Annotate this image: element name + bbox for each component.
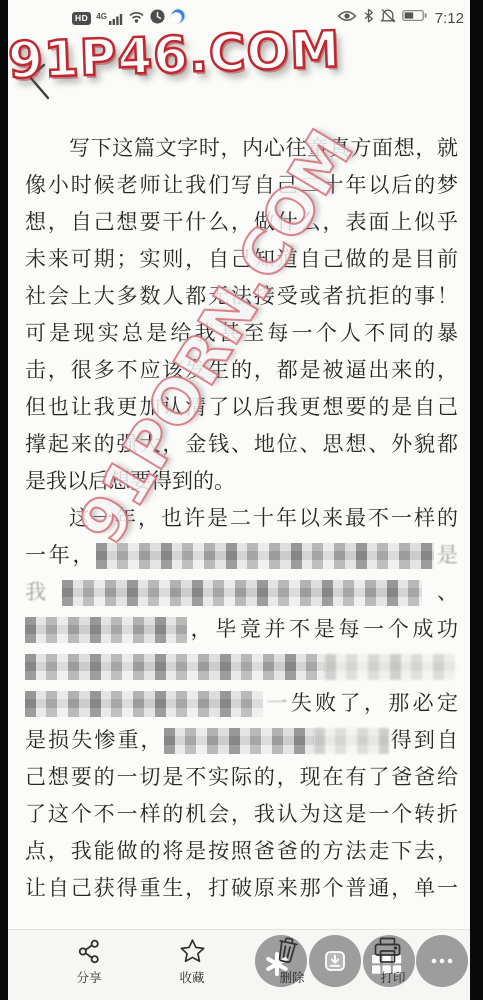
signal-4g-icon: 4G bbox=[96, 13, 123, 25]
document-body: 写下这篇文字时，内心往童真方面想，就像小时候老师让我们写自己二十年以后的梦想，自… bbox=[25, 130, 458, 907]
text-segment: 是我以后想要得到的。 bbox=[25, 470, 235, 493]
text-segment: 是损失惨重， bbox=[25, 729, 164, 752]
favorite-button[interactable]: 收藏 bbox=[162, 968, 222, 986]
network-label: 4G bbox=[96, 12, 107, 21]
text-segment: 但也让我更加认清了以后我更想要的是自己 bbox=[25, 396, 458, 419]
letterbox-left bbox=[0, 0, 8, 1000]
censored-mosaic bbox=[62, 580, 422, 606]
status-bar: HD 4G bbox=[8, 0, 470, 30]
text-line: 一年，是 bbox=[25, 537, 458, 574]
text-line: 是损失惨重，得到自 bbox=[25, 722, 458, 759]
text-line: 想，自己想要干什么，做什么，表面上似乎 bbox=[25, 204, 458, 241]
text-line: 我、 bbox=[25, 574, 458, 611]
censored-mosaic bbox=[25, 654, 325, 680]
text-segment: 、 bbox=[422, 581, 459, 604]
faint-text-segment: 我 bbox=[25, 581, 62, 604]
letterbox-right bbox=[470, 0, 483, 1000]
censored-mosaic bbox=[96, 543, 434, 569]
text-segment: 己想要的一切是不实际的，现在有了爸爸给 bbox=[25, 766, 458, 789]
text-line: 一失败了，那必定 bbox=[25, 685, 458, 722]
text-line: 点，我能做的将是按照爸爸的方法走下去， bbox=[25, 833, 458, 870]
status-left-group: HD 4G bbox=[72, 8, 186, 29]
text-line: 击，很多不应该发生的，都是被逼出来的， bbox=[25, 352, 458, 389]
site-watermark: 91P46.COM bbox=[8, 20, 342, 90]
text-segment: 得到自 bbox=[389, 729, 458, 752]
faint-text-segment: 一 bbox=[263, 692, 291, 715]
share-icon[interactable] bbox=[77, 939, 102, 969]
delete-button[interactable]: 删除 bbox=[262, 968, 322, 986]
alarm-clock-icon bbox=[150, 9, 165, 29]
text-line: 让自己获得重生，打破原来那个普通，单一 bbox=[25, 870, 458, 907]
censored-mosaic bbox=[314, 728, 389, 754]
download-icon bbox=[322, 948, 348, 974]
text-segment: 这一年，也许是二十年以来最不一样的 bbox=[69, 507, 458, 530]
faint-text-segment: 是 bbox=[434, 544, 458, 567]
censored-mosaic bbox=[25, 691, 263, 717]
text-segment: 撑起来的强大，金钱、地位、思想、外貌都 bbox=[25, 433, 458, 456]
printer-icon[interactable] bbox=[372, 936, 403, 970]
text-line: 未来可期；实则，自己知道自己做的是目前 bbox=[25, 241, 458, 278]
text-line bbox=[25, 648, 458, 685]
text-segment: 社会上大多数人都无法接受或者抗拒的事！ bbox=[25, 285, 458, 308]
text-segment: 可是现实总是给我甚至每一个人不同的暴 bbox=[25, 322, 458, 345]
text-segment: 一年， bbox=[25, 544, 96, 567]
text-line: 是我以后想要得到的。 bbox=[25, 463, 458, 500]
text-line: ，毕竟并不是每一个成功 bbox=[25, 611, 458, 648]
text-line: 这一年，也许是二十年以来最不一样的 bbox=[25, 500, 458, 537]
status-time: 7:12 bbox=[435, 10, 464, 27]
bluetooth-icon bbox=[363, 8, 374, 28]
text-segment: 写下这篇文字时，内心往童真方面想，就 bbox=[69, 137, 458, 160]
text-line: 社会上大多数人都无法接受或者抗拒的事！ bbox=[25, 278, 458, 315]
text-line: 撑起来的强大，金钱、地位、思想、外貌都 bbox=[25, 426, 458, 463]
text-segment: 让自己获得重生，打破原来那个普通，单一 bbox=[25, 877, 458, 900]
text-line: 但也让我更加认清了以后我更想要的是自己 bbox=[25, 389, 458, 426]
text-segment: 点，我能做的将是按照爸爸的方法走下去， bbox=[25, 840, 458, 863]
censored-mosaic bbox=[25, 617, 187, 643]
wifi-icon bbox=[128, 10, 145, 28]
text-segment: 未来可期；实则，自己知道自己做的是目前 bbox=[25, 248, 458, 271]
text-segment: ，毕竟并不是每一个成功 bbox=[187, 618, 458, 641]
text-line: 可是现实总是给我甚至每一个人不同的暴 bbox=[25, 315, 458, 352]
eye-comfort-icon bbox=[337, 9, 357, 28]
phone-screen: HD 4G bbox=[8, 0, 470, 1000]
text-line: 像小时候老师让我们写自己二十年以后的梦 bbox=[25, 167, 458, 204]
more-dots-icon bbox=[429, 956, 455, 966]
browser-app-icon bbox=[170, 8, 186, 29]
text-segment: 像小时候老师让我们写自己二十年以后的梦 bbox=[25, 174, 458, 197]
mute-bell-icon bbox=[380, 8, 396, 28]
video-frame: { "watermarks": { "top_text": "91P46.COM… bbox=[0, 0, 483, 1000]
text-line: 写下这篇文字时，内心往童真方面想，就 bbox=[25, 130, 458, 167]
trash-icon[interactable] bbox=[273, 934, 301, 971]
print-button[interactable]: 打印 bbox=[363, 968, 423, 986]
text-line: 了这个不一样的机会，我认为这是一个转折 bbox=[25, 796, 458, 833]
text-segment: 失败了，那必定 bbox=[291, 692, 458, 715]
star-icon[interactable] bbox=[179, 938, 206, 970]
text-segment: 想，自己想要干什么，做什么，表面上似乎 bbox=[25, 211, 458, 234]
hd-badge: HD bbox=[72, 12, 91, 25]
text-line: 己想要的一切是不实际的，现在有了爸爸给 bbox=[25, 759, 458, 796]
overlay-more-button[interactable] bbox=[416, 935, 468, 987]
share-button[interactable]: 分享 bbox=[59, 968, 119, 986]
status-right-group: 7:12 bbox=[337, 8, 464, 28]
censored-mosaic bbox=[325, 654, 455, 680]
text-segment: 击，很多不应该发生的，都是被逼出来的， bbox=[25, 359, 458, 382]
text-segment: 了这个不一样的机会，我认为这是一个转折 bbox=[25, 803, 458, 826]
battery-icon bbox=[402, 9, 427, 27]
back-button[interactable] bbox=[22, 60, 54, 102]
censored-mosaic bbox=[164, 728, 314, 754]
